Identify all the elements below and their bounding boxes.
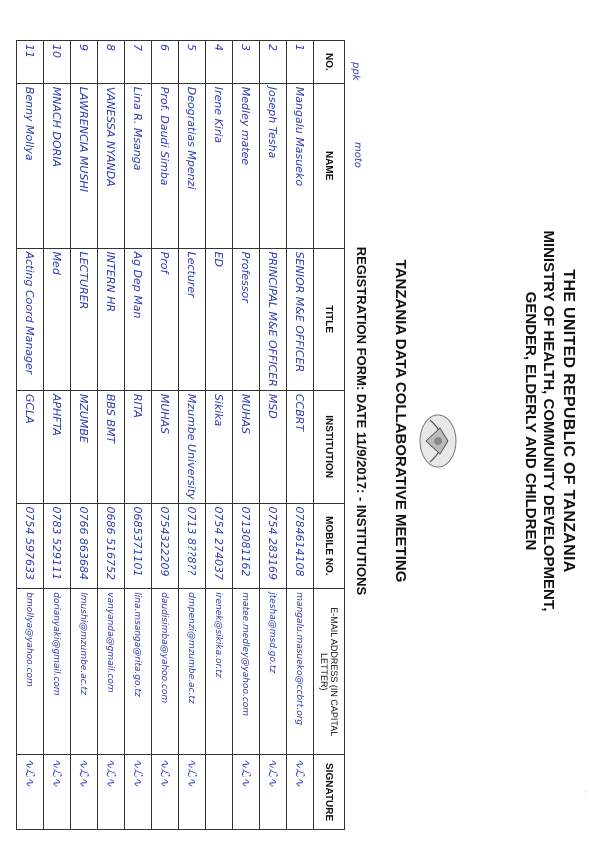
table-row: 9LAWRENCIA MUSHILECTURERMZUMBE0766 86368… <box>71 41 98 830</box>
handwritten-email: lina.msanga@rita.go.tz <box>133 592 143 696</box>
cell-no: 1 <box>287 41 314 84</box>
handwritten-mobile: 0685371101 <box>132 507 145 577</box>
handwritten-institution: Sikika <box>213 394 226 427</box>
cell-no: 2 <box>260 41 287 84</box>
registration-form-page: · · THE UNITED REPUBLIC OF TANZANIA MINI… <box>0 0 595 842</box>
cell-signature <box>206 755 233 830</box>
table-row: 5Deogratias MpenziLecturerMzumbe Univers… <box>179 41 206 830</box>
handwritten-name: Benny Mollya <box>24 87 37 161</box>
signature-scribble: ∿ℒ∿ <box>158 758 172 787</box>
cell-mobile: 0713081162 <box>233 503 260 589</box>
table-row: 2Joseph TeshaPRINCIPAL M&E OFFICERMSD075… <box>260 41 287 830</box>
handwritten-title: Acting Coord Manager <box>24 252 37 375</box>
signature-scribble: ∿ℒ∿ <box>185 758 199 787</box>
ministry-subtitle: GENDER, ELDERLY AND CHILDREN <box>522 0 539 842</box>
handwritten-title: SENIOR M&E OFFICER <box>294 252 307 373</box>
ministry-title: MINISTRY OF HEALTH, COMMUNITY DEVELOPMEN… <box>540 0 557 842</box>
cell-name: Benny Mollya <box>17 83 44 248</box>
handwritten-email: jtesha@msd.go.tz <box>268 592 278 673</box>
handwritten-no: 4 <box>213 44 226 51</box>
handwritten-institution: BBS BMT <box>105 394 118 443</box>
signature-scribble: ∿ℒ∿ <box>239 758 253 787</box>
cell-signature: ∿ℒ∿ <box>98 755 125 830</box>
cell-mobile: 0685371101 <box>125 503 152 589</box>
header-institution: INSTITUTION <box>314 390 345 503</box>
handwritten-no: 5 <box>186 44 199 51</box>
cell-signature: ∿ℒ∿ <box>287 755 314 830</box>
handwritten-institution: RITA <box>132 394 145 418</box>
handwritten-name: LAWRENCIA MUSHI <box>78 87 91 192</box>
handwritten-institution: GCLA <box>24 394 37 424</box>
handwritten-mobile: 0713 8??8?? <box>186 507 199 576</box>
handwritten-mobile: 0754 274037 <box>213 507 226 580</box>
cell-institution: MZUMBE <box>71 390 98 503</box>
cell-no: 6 <box>152 41 179 84</box>
cell-email: jtesha@msd.go.tz <box>260 589 287 755</box>
handwritten-no: 10 <box>51 44 64 58</box>
handwritten-name: Lina R. Msanga <box>132 87 145 171</box>
handwritten-name: Mangalu Masueko <box>294 87 307 186</box>
signature-scribble: ∿ℒ∿ <box>266 758 280 787</box>
handwritten-no: 11 <box>24 44 37 58</box>
handwritten-mobile: 0783 529111 <box>51 507 64 580</box>
handwritten-name: Irene Kiria <box>213 87 226 143</box>
table-row: 11Benny MollyaActing Coord ManagerGCLA07… <box>17 41 44 830</box>
header-signature: SIGNATURE <box>314 755 345 830</box>
handwritten-name: Prof. Daudi Simba <box>159 87 172 186</box>
handwritten-mobile: 0754 597633 <box>24 507 37 580</box>
cell-name: Lina R. Msanga <box>125 83 152 248</box>
handwritten-mobile: 0784614108 <box>294 507 307 577</box>
handwritten-title: Ag Dep Man <box>132 252 145 319</box>
cell-title: Acting Coord Manager <box>17 248 44 390</box>
cell-mobile: 0686 516752 <box>98 503 125 589</box>
handwritten-mobile: 0754 283169 <box>267 507 280 580</box>
cell-no: 4 <box>206 41 233 84</box>
cell-title: ED <box>206 248 233 390</box>
handwritten-email: lmushi@mzumbe.ac.tz <box>79 592 89 695</box>
cell-mobile: 0783 529111 <box>44 503 71 589</box>
cell-signature: ∿ℒ∿ <box>71 755 98 830</box>
handwritten-institution: Mzumbe University <box>186 394 199 500</box>
margin-note: ppk <box>350 62 361 81</box>
signature-scribble: ∿ℒ∿ <box>77 758 91 787</box>
cell-mobile: 0754 597633 <box>17 503 44 589</box>
handwritten-email: dorianyaki@gmail.com <box>52 592 62 695</box>
cell-mobile: 0754322209 <box>152 503 179 589</box>
header-mobile: MOBILE NO. <box>314 503 345 589</box>
cell-no: 5 <box>179 41 206 84</box>
signature-scribble: ∿ℒ∿ <box>293 758 307 787</box>
cell-signature: ∿ℒ∿ <box>233 755 260 830</box>
signature-scribble: ∿ℒ∿ <box>23 758 37 787</box>
cell-mobile: 0766 863684 <box>71 503 98 589</box>
cell-institution: BBS BMT <box>98 390 125 503</box>
cell-institution: APHFTA <box>44 390 71 503</box>
cell-email: mangalu.masueko@ccbrt.org <box>287 589 314 755</box>
handwritten-name: MNACH DORIA <box>51 87 64 167</box>
cell-title: INTERN HR <box>98 248 125 390</box>
handwritten-no: 2 <box>267 44 280 51</box>
cell-institution: CCBRT <box>287 390 314 503</box>
handwritten-mobile: 0754322209 <box>159 507 172 577</box>
cell-name: Prof. Daudi Simba <box>152 83 179 248</box>
cell-no: 3 <box>233 41 260 84</box>
cell-email: lmushi@mzumbe.ac.tz <box>71 589 98 755</box>
cell-signature: ∿ℒ∿ <box>125 755 152 830</box>
cell-no: 11 <box>17 41 44 84</box>
cell-signature: ∿ℒ∿ <box>152 755 179 830</box>
handwritten-title: Prof <box>159 252 172 274</box>
cell-no: 8 <box>98 41 125 84</box>
handwritten-email: irenek@sikika.or.tz <box>214 592 224 677</box>
handwritten-no: 3 <box>240 44 253 51</box>
margin-note: moto <box>352 142 363 168</box>
handwritten-mobile: 0766 863684 <box>78 507 91 580</box>
handwritten-institution: MZUMBE <box>78 394 91 443</box>
handwritten-institution: MUHAS <box>240 394 253 434</box>
cell-name: MNACH DORIA <box>44 83 71 248</box>
cell-title: Med <box>44 248 71 390</box>
registration-table: NO. NAME TITLE INSTITUTION MOBILE NO. E-… <box>16 40 345 830</box>
signature-scribble: ∿ℒ∿ <box>131 758 145 787</box>
cell-title: LECTURER <box>71 248 98 390</box>
cell-name: Medley matee <box>233 83 260 248</box>
cell-mobile: 0713 8??8?? <box>179 503 206 589</box>
table-row: 4Irene KiriaEDSikika0754 274037irenek@si… <box>206 41 233 830</box>
cell-institution: RITA <box>125 390 152 503</box>
handwritten-name: Deogratias Mpenzi <box>186 87 199 190</box>
cell-name: VANESSA NYANDA <box>98 83 125 248</box>
table-row: 6Prof. Daudi SimbaProfMUHAS0754322209dau… <box>152 41 179 830</box>
handwritten-institution: MSD <box>267 394 280 419</box>
cell-email: dmpenzi@mzumbe.ac.tz <box>179 589 206 755</box>
header-name: NAME <box>314 83 345 248</box>
header-no: NO. <box>314 41 345 84</box>
cell-no: 7 <box>125 41 152 84</box>
cell-email: irenek@sikika.or.tz <box>206 589 233 755</box>
handwritten-email: vanyanda@gmail.com <box>106 592 116 692</box>
cell-name: LAWRENCIA MUSHI <box>71 83 98 248</box>
cell-email: daudisimba@yahoo.com <box>152 589 179 755</box>
handwritten-title: INTERN HR <box>105 252 118 312</box>
cell-signature: ∿ℒ∿ <box>44 755 71 830</box>
cell-institution: MUHAS <box>233 390 260 503</box>
cell-institution: MUHAS <box>152 390 179 503</box>
handwritten-email: bmollya@yahoo.com <box>25 592 35 686</box>
handwritten-title: ED <box>213 252 226 267</box>
signature-scribble: ∿ℒ∿ <box>104 758 118 787</box>
handwritten-email: mangalu.masueko@ccbrt.org <box>295 592 305 725</box>
cell-title: Professor <box>233 248 260 390</box>
table-header-row: NO. NAME TITLE INSTITUTION MOBILE NO. E-… <box>314 41 345 830</box>
cell-signature: ∿ℒ∿ <box>260 755 287 830</box>
cell-email: bmollya@yahoo.com <box>17 589 44 755</box>
table-row: 10MNACH DORIAMedAPHFTA0783 529111doriany… <box>44 41 71 830</box>
handwritten-email: matee.medley@yahoo.com <box>241 592 251 716</box>
handwritten-no: 6 <box>159 44 172 51</box>
handwritten-email: dmpenzi@mzumbe.ac.tz <box>187 592 197 703</box>
cell-mobile: 0784614108 <box>287 503 314 589</box>
handwritten-no: 1 <box>294 44 307 51</box>
form-title: REGISTRATION FORM: DATE 11/9/2017: - INS… <box>354 0 369 842</box>
cell-institution: Mzumbe University <box>179 390 206 503</box>
cell-name: Mangalu Masueko <box>287 83 314 248</box>
handwritten-name: Joseph Tesha <box>267 87 280 159</box>
handwritten-title: Professor <box>240 252 253 303</box>
cell-name: Irene Kiria <box>206 83 233 248</box>
handwritten-no: 8 <box>105 44 118 51</box>
handwritten-title: LECTURER <box>78 252 91 310</box>
header-email: E-MAIL ADDRESS (IN CAPITAL LETTER) <box>314 589 345 755</box>
cell-email: lina.msanga@rita.go.tz <box>125 589 152 755</box>
cell-signature: ∿ℒ∿ <box>179 755 206 830</box>
cell-name: Deogratias Mpenzi <box>179 83 206 248</box>
handwritten-no: 9 <box>78 44 91 51</box>
cell-name: Joseph Tesha <box>260 83 287 248</box>
cell-mobile: 0754 274037 <box>206 503 233 589</box>
table-row: 7Lina R. MsangaAg Dep ManRITA0685371101l… <box>125 41 152 830</box>
cell-institution: GCLA <box>17 390 44 503</box>
meeting-title: TANZANIA DATA COLLABORATIVE MEETING <box>392 0 409 842</box>
handwritten-mobile: 0713081162 <box>240 507 253 577</box>
table-row: 8VANESSA NYANDAINTERN HRBBS BMT0686 5167… <box>98 41 125 830</box>
handwritten-institution: APHFTA <box>51 394 64 436</box>
cell-institution: MSD <box>260 390 287 503</box>
coat-of-arms-icon <box>416 410 460 472</box>
cell-title: Lecturer <box>179 248 206 390</box>
handwritten-mobile: 0686 516752 <box>105 507 118 580</box>
handwritten-email: daudisimba@yahoo.com <box>160 592 170 703</box>
handwritten-title: PRINCIPAL M&E OFFICER <box>267 252 280 387</box>
header-title: TITLE <box>314 248 345 390</box>
cell-email: vanyanda@gmail.com <box>98 589 125 755</box>
handwritten-no: 7 <box>132 44 145 51</box>
table-row: 1Mangalu MasuekoSENIOR M&E OFFICERCCBRT0… <box>287 41 314 830</box>
handwritten-title: Lecturer <box>186 252 199 298</box>
cell-title: Prof <box>152 248 179 390</box>
cell-mobile: 0754 283169 <box>260 503 287 589</box>
cell-no: 10 <box>44 41 71 84</box>
handwritten-institution: MUHAS <box>159 394 172 434</box>
signature-scribble: ∿ℒ∿ <box>50 758 64 787</box>
cell-institution: Sikika <box>206 390 233 503</box>
cell-title: SENIOR M&E OFFICER <box>287 248 314 390</box>
handwritten-name: Medley matee <box>240 87 253 165</box>
cell-title: PRINCIPAL M&E OFFICER <box>260 248 287 390</box>
cell-email: matee.medley@yahoo.com <box>233 589 260 755</box>
cell-email: dorianyaki@gmail.com <box>44 589 71 755</box>
country-title: THE UNITED REPUBLIC OF TANZANIA <box>559 0 577 842</box>
cell-no: 9 <box>71 41 98 84</box>
handwritten-institution: CCBRT <box>294 394 307 431</box>
handwritten-name: VANESSA NYANDA <box>105 87 118 187</box>
cell-title: Ag Dep Man <box>125 248 152 390</box>
table-row: 3Medley mateeProfessorMUHAS0713081162mat… <box>233 41 260 830</box>
handwritten-title: Med <box>51 252 64 275</box>
cell-signature: ∿ℒ∿ <box>17 755 44 830</box>
